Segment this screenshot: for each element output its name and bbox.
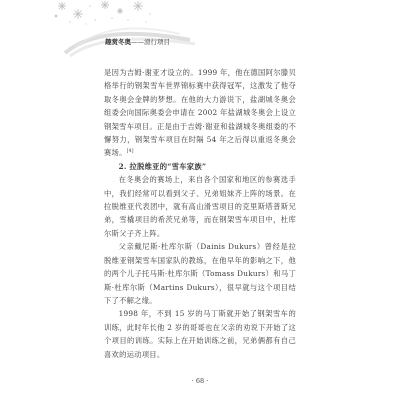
- body-text: 是因为吉姆·谢亚才设立的。1999 年，他在德国阿尔滕贝格举行的钢架雪车世界锦标…: [104, 66, 296, 361]
- running-header: 趣赏冬奥——滑行项目: [105, 37, 170, 46]
- book-title: 趣赏冬奥: [105, 38, 131, 46]
- section-title: 滑行项目: [144, 38, 170, 46]
- footnote-ref: [4]: [127, 149, 134, 154]
- paragraph: 在冬奥会的赛场上，来自各个国家和地区的参赛选手中，我们经常可以看到父子、兄弟姐妹…: [104, 173, 296, 240]
- section-heading: 2. 拉脱维亚的“雪车家族”: [104, 160, 296, 173]
- header-dash: ——: [131, 38, 144, 46]
- paragraph: 1998 年，不到 15 岁的马丁斯就开始了钢架雪车的训练，此时年长他 2 岁的…: [104, 307, 296, 361]
- page-number: · 68 ·: [0, 377, 400, 385]
- paragraph-continued: 是因为吉姆·谢亚才设立的。1999 年，他在德国阿尔滕贝格举行的钢架雪车世界锦标…: [104, 66, 296, 160]
- paragraph: 父亲戴尼斯·杜库尔斯（Dainis Dukurs）曾经是拉脱维亚钢架雪车国家队的…: [104, 240, 296, 307]
